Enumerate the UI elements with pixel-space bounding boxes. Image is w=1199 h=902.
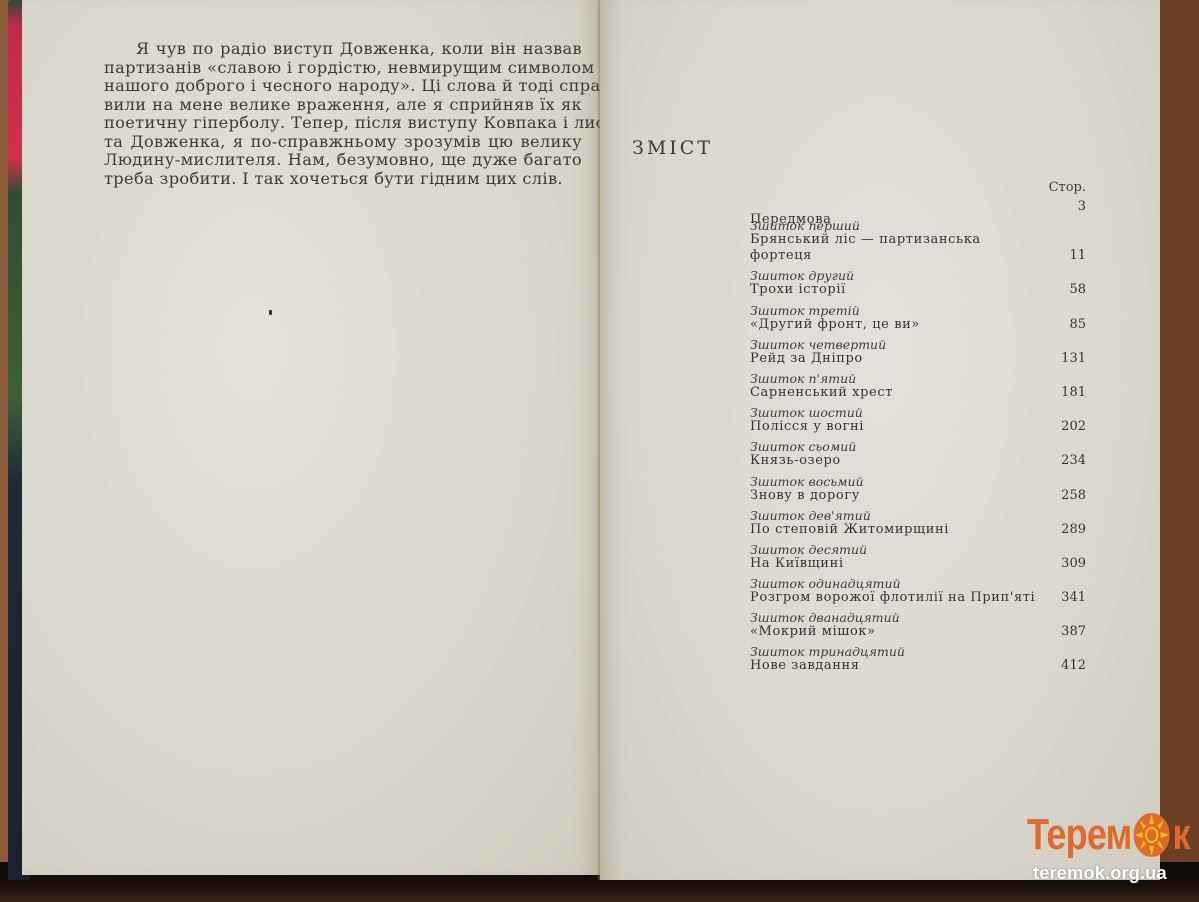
toc-notebook-label: Зшиток дванадцятий <box>750 611 900 624</box>
table-of-contents: Передмова 3 Зшиток першийБрянський ліс —… <box>750 196 1092 674</box>
toc-entry-page: 85 <box>1046 317 1092 333</box>
toc-entry-page: 58 <box>1046 282 1092 298</box>
toc-title: ЗМІСТ <box>632 137 713 159</box>
toc-entry-page: 181 <box>1046 385 1092 401</box>
text-line: Людину-мислителя. Нам, безумовно, ще дуж… <box>104 151 582 170</box>
toc-notebook-label: Зшиток тринадцятий <box>750 645 905 658</box>
text-line: поетичну гіперболу. Тепер, після виступу… <box>104 114 582 133</box>
text-line: нашого доброго і чесного народу». Ці сло… <box>104 77 582 96</box>
toc-entry-page: 341 <box>1046 590 1092 606</box>
toc-entry-title: Розгром ворожої флотилії на Прип'яті <box>750 590 1035 606</box>
toc-entry[interactable]: Зшиток восьмийЗнову в дорогу 258 <box>750 469 1092 503</box>
toc-entry[interactable]: Зшиток одинадцятийРозгром ворожої флотил… <box>750 572 1092 606</box>
toc-entry-title: Знову в дорогу <box>750 488 864 504</box>
toc-entry-title: На Київщині <box>750 556 867 572</box>
toc-notebook-label: Зшиток другий <box>750 269 854 282</box>
toc-entry-page: 202 <box>1046 419 1092 435</box>
toc-entry-page: 309 <box>1046 556 1092 572</box>
toc-entry-page: 11 <box>1046 248 1092 264</box>
toc-entry-title: «Другий фронт, це ви» <box>750 317 920 333</box>
toc-entry-title: Рейд за Дніпро <box>750 351 886 367</box>
toc-entry-page: 3 <box>1046 199 1092 215</box>
ink-speck <box>269 310 272 315</box>
toc-notebook-label: Зшиток десятий <box>750 543 867 556</box>
toc-notebook-label: Зшиток дев'ятий <box>750 509 949 522</box>
toc-notebook-label: Зшиток п'ятий <box>750 372 893 385</box>
watermark-brand-suffix: к <box>1173 810 1190 860</box>
toc-entry[interactable]: Зшиток тринадцятийНове завдання 412 <box>750 640 1092 674</box>
toc-notebook-label: Зшиток одинадцятий <box>750 577 1035 590</box>
toc-notebook-label: Зшиток перший <box>750 219 1046 232</box>
toc-page-column-header: Стор. <box>1040 180 1086 195</box>
text-line: Я чув по радіо виступ Довженка, коли він… <box>104 40 582 59</box>
text-line: партизанів «славою і гордістю, невмирущи… <box>104 59 582 78</box>
toc-entry-page: 234 <box>1046 453 1092 469</box>
watermark-brand-prefix: Терем <box>1027 810 1132 860</box>
text-line: треба зробити. І так хочеться бути гідни… <box>104 170 582 189</box>
toc-entry-page: 258 <box>1046 488 1092 504</box>
toc-entry[interactable]: Зшиток сьомийКнязь-озеро 234 <box>750 435 1092 469</box>
toc-notebook-label: Зшиток четвертий <box>750 338 886 351</box>
toc-entry-title: Полісся у вогні <box>750 419 864 435</box>
toc-entry-title: «Мокрий мішок» <box>750 624 900 640</box>
toc-entry[interactable]: Зшиток дев'ятийПо степовій Житомирщині 2… <box>750 504 1092 538</box>
toc-entry-page: 131 <box>1046 351 1092 367</box>
watermark-brand: Терем к <box>1027 810 1190 860</box>
toc-entry[interactable]: Зшиток другийТрохи історії 58 <box>750 264 1092 298</box>
toc-entry[interactable]: Зшиток шостийПолісся у вогні 202 <box>750 401 1092 435</box>
left-page: Я чув по радіо виступ Довженка, коли він… <box>22 0 600 875</box>
toc-entry-title: Трохи історії <box>750 282 854 298</box>
toc-entry-title: Нове завдання <box>750 658 905 674</box>
toc-entry-title: По степовій Житомирщині <box>750 522 949 538</box>
watermark-url: teremok.org.ua <box>1033 862 1167 884</box>
text-line: вили на мене велике враження, але я спри… <box>104 96 582 115</box>
toc-notebook-label: Зшиток восьмий <box>750 475 864 488</box>
toc-entry-page: 289 <box>1046 522 1092 538</box>
toc-entry[interactable]: Зшиток першийБрянський ліс — партизанськ… <box>750 230 1092 264</box>
text-line: та Довженка, я по-справжньому зрозумів ц… <box>104 133 582 152</box>
toc-entry-page: 387 <box>1046 624 1092 640</box>
toc-entry[interactable]: Зшиток третій«Другий фронт, це ви» 85 <box>750 298 1092 332</box>
toc-entry[interactable]: Зшиток четвертийРейд за Дніпро 131 <box>750 333 1092 367</box>
toc-entry[interactable]: Зшиток десятийНа Київщині 309 <box>750 538 1092 572</box>
toc-entry-title: Князь-озеро <box>750 453 856 469</box>
toc-notebook-label: Зшиток шостий <box>750 406 864 419</box>
toc-notebook-label: Зшиток сьомий <box>750 440 856 453</box>
sun-icon <box>1133 812 1171 858</box>
toc-entry[interactable]: Зшиток дванадцятий«Мокрий мішок» 387 <box>750 606 1092 640</box>
toc-entry[interactable]: Зшиток п'ятийСарненський хрест 181 <box>750 367 1092 401</box>
toc-entry-title: Сарненський хрест <box>750 385 893 401</box>
toc-notebook-label: Зшиток третій <box>750 304 920 317</box>
toc-entry-title: Брянський ліс — партизанська фортеця <box>750 232 1046 264</box>
teremok-watermark: Терем к teremok.org.ua <box>1027 810 1187 890</box>
toc-entry-page: 412 <box>1046 658 1092 674</box>
closing-paragraph: Я чув по радіо виступ Довженка, коли він… <box>104 40 582 188</box>
